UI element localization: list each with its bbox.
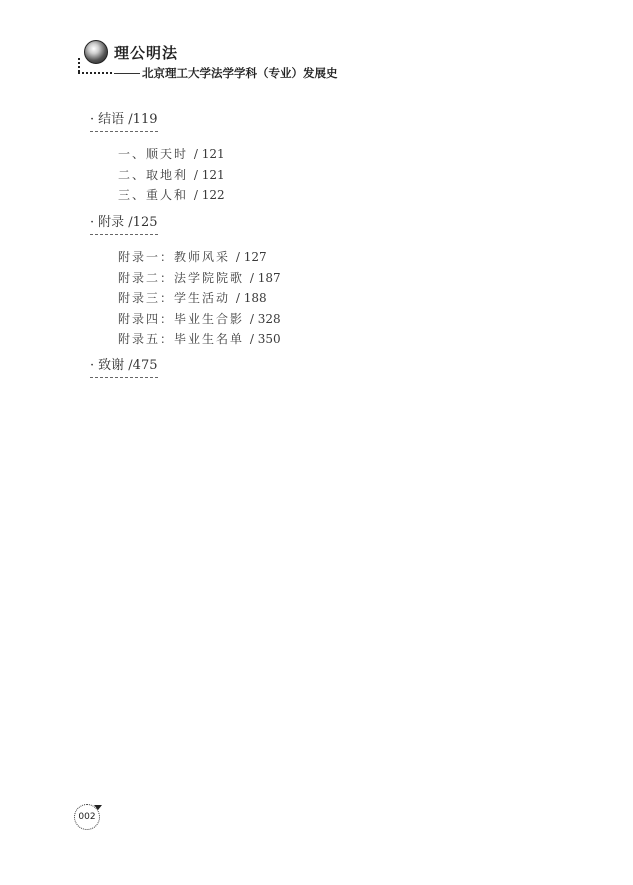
entry-page: / 121 — [194, 147, 225, 161]
subtitle-dash — [114, 73, 140, 74]
entry-label: 附录二：法学院院歌 — [118, 271, 244, 285]
globe-icon — [84, 40, 108, 64]
entry-page: / 188 — [236, 291, 267, 305]
book-subtitle: 北京理工大学法学学科（专业）发展史 — [114, 65, 338, 81]
book-title: 理公明法 — [114, 42, 178, 63]
bullet: · — [90, 112, 94, 127]
toc-entry[interactable]: 附录五：毕业生名单 / 350 — [118, 329, 281, 350]
section-label: 附录 — [98, 215, 124, 230]
page-number: 002 — [78, 812, 95, 822]
toc-entry[interactable]: 附录一：教师风采 / 127 — [118, 247, 281, 268]
toc-section-acknowledgements: ·致谢 /475 — [90, 354, 158, 378]
entry-page: / 121 — [194, 168, 225, 182]
entry-label: 附录四：毕业生合影 — [118, 312, 244, 326]
bullet: · — [90, 215, 94, 230]
entry-page: / 122 — [194, 188, 225, 202]
entry-page: / 350 — [250, 332, 281, 346]
entry-list: 附录一：教师风采 / 127 附录二：法学院院歌 / 187 附录三：学生活动 … — [118, 247, 281, 350]
circular-arrow-icon — [94, 805, 102, 810]
toc-entry[interactable]: 二、取地利 / 121 — [118, 165, 225, 186]
entry-label: 三、重人和 — [118, 188, 188, 202]
toc-entry[interactable]: 附录四：毕业生合影 / 328 — [118, 309, 281, 330]
running-header: 理公明法 北京理工大学法学学科（专业）发展史 — [76, 38, 376, 78]
entry-page: / 328 — [250, 312, 281, 326]
toc-entry[interactable]: 附录二：法学院院歌 / 187 — [118, 268, 281, 289]
section-label: 致谢 — [98, 358, 124, 373]
section-title[interactable]: ·致谢 /475 — [90, 354, 158, 378]
book-subtitle-text: 北京理工大学法学学科（专业）发展史 — [142, 66, 338, 80]
dotted-frame-horizontal — [78, 72, 112, 74]
entry-label: 附录三：学生活动 — [118, 291, 230, 305]
section-label: 结语 — [98, 112, 124, 127]
toc-entry[interactable]: 一、顺天时 / 121 — [118, 144, 225, 165]
toc-section-appendix: ·附录 /125 附录一：教师风采 / 127 附录二：法学院院歌 / 187 … — [90, 211, 281, 350]
entry-page: / 187 — [250, 271, 281, 285]
toc-section-conclusion: ·结语 /119 一、顺天时 / 121 二、取地利 / 121 三、重人和 /… — [90, 108, 225, 206]
entry-page: / 127 — [236, 250, 267, 264]
entry-list: 一、顺天时 / 121 二、取地利 / 121 三、重人和 / 122 — [118, 144, 225, 206]
entry-label: 二、取地利 — [118, 168, 188, 182]
page-number-badge: 002 — [74, 804, 100, 830]
entry-label: 附录五：毕业生名单 — [118, 332, 244, 346]
dotted-frame-vertical — [78, 58, 80, 72]
entry-label: 一、顺天时 — [118, 147, 188, 161]
section-title[interactable]: ·结语 /119 — [90, 108, 158, 132]
section-page: /125 — [128, 215, 157, 230]
section-page: /475 — [128, 358, 157, 373]
toc-entry[interactable]: 三、重人和 / 122 — [118, 185, 225, 206]
toc-entry[interactable]: 附录三：学生活动 / 188 — [118, 288, 281, 309]
entry-label: 附录一：教师风采 — [118, 250, 230, 264]
section-page: /119 — [128, 112, 157, 127]
section-title[interactable]: ·附录 /125 — [90, 211, 158, 235]
bullet: · — [90, 358, 94, 373]
